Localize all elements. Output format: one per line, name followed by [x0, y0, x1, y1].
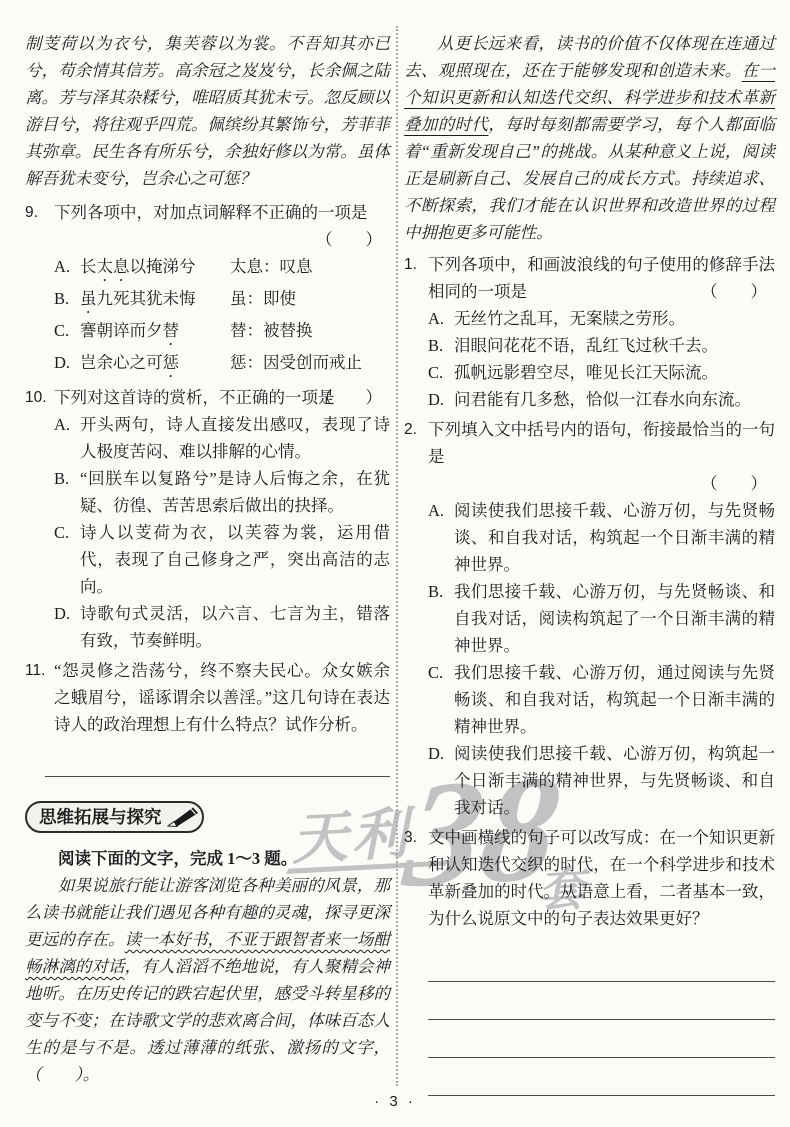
question-2-answer-bracket: （ ） [428, 470, 775, 497]
emphasized-word: 太息 [97, 257, 130, 276]
question-2-option-c: C. 我们思接千载、心游万仞，通过阅读与先贤畅谈、和自我对话，构筑起一个日渐丰满… [428, 659, 775, 740]
emphasized-word: 惩 [163, 353, 180, 372]
option-text: 孤帆远影碧空尽，唯见长江天际流。 [454, 359, 775, 386]
option-label: C. [428, 659, 454, 740]
question-2-option-b: B. 我们思接千载、心游万仞，与先贤畅谈、和自我对话，阅读构筑起了一个日渐丰满的… [428, 578, 775, 659]
question-3-number: 3. [404, 824, 428, 932]
question-9-answer-bracket: （ ） [54, 226, 390, 253]
question-9: 9. 下列各项中，对加点词解释不正确的一项是 （ ） A. 长太息以掩涕兮 太息… [25, 199, 390, 381]
option-label: B. [54, 285, 80, 317]
right-column: 从更长远来看，读书的价值不仅体现在连通过去、观照现在，还在于能够发现和创造未来。… [404, 30, 775, 1096]
question-11: 11. “怨灵修之浩荡兮，终不察夫民心。众女嫉余之蛾眉兮，谣诼谓余以善淫。”这几… [25, 657, 390, 738]
question-1-number: 1. [404, 251, 428, 413]
answer-lines-block [404, 944, 775, 1096]
question-10-number: 10. [25, 384, 54, 654]
option-text: 问君能有几多愁，恰似一江春水向东流。 [454, 386, 775, 413]
answer-line [428, 944, 775, 982]
question-9-option-c: C. 謇朝谇而夕替 替：被替换 [54, 317, 390, 349]
question-1-option-d: D. 问君能有几多愁，恰似一江春水向东流。 [428, 386, 775, 413]
question-10-option-c: C. 诗人以芰荷为衣，以芙蓉为裳，运用借代，表现了自己修身之严，突出高洁的志向。 [54, 519, 390, 600]
option-label: B. [428, 578, 454, 659]
question-2-stem: 下列填入文中括号内的语句，衔接最恰当的一句是 [428, 416, 775, 470]
section-badge: 思维拓展与探究 [25, 801, 204, 833]
option-label: A. [54, 253, 80, 285]
question-2: 2. 下列填入文中括号内的语句，衔接最恰当的一句是 （ ） A. 阅读使我们思接… [404, 416, 775, 821]
emphasized-word: 替 [163, 321, 180, 340]
question-1-option-c: C. 孤帆远影碧空尽，唯见长江天际流。 [428, 359, 775, 386]
option-label: D. [428, 740, 454, 821]
question-2-option-a: A. 阅读使我们思接千载、心游万仞，与先贤畅谈、和自我对话，构筑起一个日渐丰满的… [428, 497, 775, 578]
page-number: · 3 · [0, 1088, 790, 1115]
option-label: A. [428, 497, 454, 578]
question-3-text: 文中画横线的句子可以改写成：在一个知识更新和认知迭代交织的时代，在一个科学进步和… [428, 824, 775, 932]
option-text: 阅读使我们思接千载、心游万仞，构筑起一个日渐丰满的精神世界，与先贤畅谈、和自我对… [454, 740, 775, 821]
question-10-option-b: B. “回朕车以复路兮”是诗人后悔之余，在犹疑、彷徨、苦苦思索后做出的抉择。 [54, 465, 390, 519]
question-1: 1. 下列各项中，和画波浪线的句子使用的修辞手法相同的一项是 （ ） A. 无丝… [404, 251, 775, 413]
option-text: 开头两句，诗人直接发出感叹，表现了诗人极度苦闷、难以排解的心情。 [80, 411, 390, 465]
question-10: 10. 下列对这首诗的赏析，不正确的一项是 （ ） A. 开头两句，诗人直接发出… [25, 384, 390, 654]
option-text: 我们思接千载、心游万仞，通过阅读与先贤畅谈、和自我对话，构筑起一个日渐丰满的精神… [454, 659, 775, 740]
question-9-number: 9. [25, 199, 54, 381]
option-text: “回朕车以复路兮”是诗人后悔之余，在犹疑、彷徨、苦苦思索后做出的抉择。 [80, 465, 390, 519]
option-label: B. [428, 332, 454, 359]
option-label: C. [54, 519, 80, 600]
option-text: 无丝竹之乱耳，无案牍之劳形。 [454, 305, 775, 332]
exam-page: 天利 38 套 制芰荷以为衣兮，集芙蓉以为裳。不吾知其亦已兮，苟余情其信芳。高余… [0, 0, 790, 1127]
option-label: B. [54, 465, 80, 519]
question-9-stem: 下列各项中，对加点词解释不正确的一项是 [54, 199, 390, 226]
reading-passage-part-2: 从更长远来看，读书的价值不仅体现在连通过去、观照现在，还在于能够发现和创造未来。… [404, 30, 775, 246]
question-1-option-a: A. 无丝竹之乱耳，无案牍之劳形。 [428, 305, 775, 332]
reading-instruction: 阅读下面的文字，完成 1～3 题。 [25, 845, 390, 872]
option-text: 阅读使我们思接千载、心游万仞，与先贤畅谈、和自我对话，构筑起一个日渐丰满的精神世… [454, 497, 775, 578]
option-label: D. [54, 349, 80, 381]
question-9-option-a: A. 长太息以掩涕兮 太息：叹息 [54, 253, 390, 285]
reading-passage-part-1: 如果说旅行能让游客浏览各种美丽的风景，那么读书就能让我们遇见各种有趣的灵魂，探寻… [25, 872, 390, 1088]
pencil-icon [164, 805, 198, 829]
option-text: 我们思接千载、心游万仞，与先贤畅谈、和自我对话，阅读构筑起了一个日渐丰满的精神世… [454, 578, 775, 659]
section-badge-label: 思维拓展与探究 [39, 806, 162, 828]
emphasized-word: 虽 [80, 289, 97, 308]
option-text: 诗歌句式灵活，以六言、七言为主，错落有致，节奏鲜明。 [80, 600, 390, 654]
answer-line [428, 982, 775, 1020]
option-label: A. [428, 305, 454, 332]
question-10-option-d: D. 诗歌句式灵活，以六言、七言为主，错落有致，节奏鲜明。 [54, 600, 390, 654]
option-definition: 惩：因受创而戒止 [230, 349, 390, 381]
option-label: D. [428, 386, 454, 413]
poem-excerpt: 制芰荷以为衣兮，集芙蓉以为裳。不吾知其亦已兮，苟余情其信芳。高余冠之岌岌兮，长余… [25, 30, 390, 192]
question-10-option-a: A. 开头两句，诗人直接发出感叹，表现了诗人极度苦闷、难以排解的心情。 [54, 411, 390, 465]
option-label: C. [428, 359, 454, 386]
answer-line [45, 752, 390, 777]
question-1-option-b: B. 泪眼问花花不语，乱红飞过秋千去。 [428, 332, 775, 359]
option-label: D. [54, 600, 80, 654]
option-label: A. [54, 411, 80, 465]
section-header-row: 思维拓展与探究 [25, 801, 390, 833]
option-label: C. [54, 317, 80, 349]
option-definition: 虽：即使 [230, 285, 390, 317]
option-definition: 太息：叹息 [230, 253, 390, 285]
question-9-option-b: B. 虽九死其犹未悔 虽：即使 [54, 285, 390, 317]
option-text: 诗人以芰荷为衣，以芙蓉为裳，运用借代，表现了自己修身之严，突出高洁的志向。 [80, 519, 390, 600]
option-text: 泪眼问花花不语，乱红飞过秋千去。 [454, 332, 775, 359]
question-9-option-d: D. 岂余心之可惩 惩：因受创而戒止 [54, 349, 390, 381]
left-column: 制芰荷以为衣兮，集芙蓉以为裳。不吾知其亦已兮，苟余情其信芳。高余冠之岌岌兮，长余… [25, 30, 390, 1088]
column-divider [396, 26, 398, 1086]
option-definition: 替：被替换 [230, 317, 390, 349]
question-11-text: “怨灵修之浩荡兮，终不察夫民心。众女嫉余之蛾眉兮，谣诼谓余以善淫。”这几句诗在表… [54, 657, 390, 738]
question-3: 3. 文中画横线的句子可以改写成：在一个知识更新和认知迭代交织的时代，在一个科学… [404, 824, 775, 932]
question-11-number: 11. [25, 657, 54, 738]
question-2-option-d: D. 阅读使我们思接千载、心游万仞，构筑起一个日渐丰满的精神世界，与先贤畅谈、和… [428, 740, 775, 821]
question-2-number: 2. [404, 416, 428, 821]
answer-line [428, 1020, 775, 1058]
